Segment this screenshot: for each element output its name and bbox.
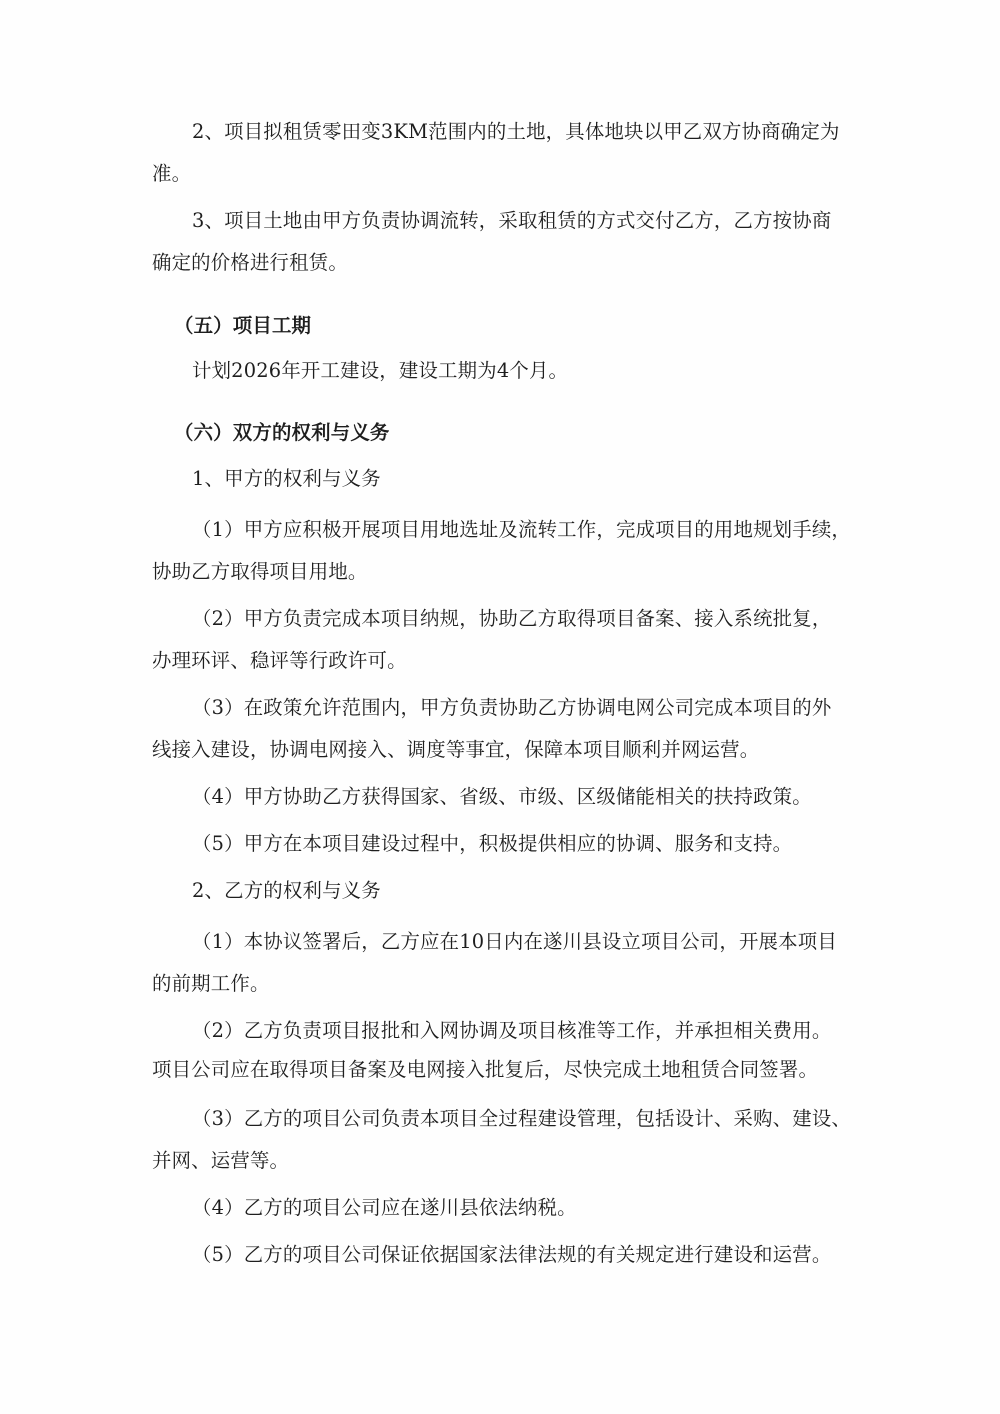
paragraph-line: 2、乙方的权利与义务 — [192, 879, 892, 903]
paragraph-line: （2）甲方负责完成本项目纳规，协助乙方取得项目备案、接入系统批复， — [192, 607, 892, 631]
paragraph-line: （1）甲方应积极开展项目用地选址及流转工作，完成项目的用地规划手续， — [192, 518, 892, 542]
paragraph-line: （3）乙方的项目公司负责本项目全过程建设管理，包括设计、采购、建设、 — [192, 1107, 892, 1131]
paragraph-line: 2、项目拟租赁零田变3KM范围内的土地，具体地块以甲乙双方协商确定为 — [192, 120, 892, 144]
paragraph-line: （2）乙方负责项目报批和入网协调及项目核准等工作，并承担相关费用。 — [192, 1019, 892, 1043]
paragraph-line: 1、甲方的权利与义务 — [192, 467, 892, 491]
paragraph-line: 确定的价格进行租赁。 — [152, 251, 852, 275]
paragraph-line: （4）甲方协助乙方获得国家、省级、市级、区级储能相关的扶持政策。 — [192, 785, 892, 809]
paragraph-line: 项目公司应在取得项目备案及电网接入批复后，尽快完成土地租赁合同签署。 — [152, 1058, 852, 1082]
paragraph-line: （5）甲方在本项目建设过程中，积极提供相应的协调、服务和支持。 — [192, 832, 892, 856]
paragraph-line: 计划2026年开工建设，建设工期为4个月。 — [192, 359, 892, 383]
paragraph-line: 的前期工作。 — [152, 972, 852, 996]
paragraph-line: （5）乙方的项目公司保证依据国家法律法规的有关规定进行建设和运营。 — [192, 1243, 892, 1267]
document-page: 2、项目拟租赁零田变3KM范围内的土地，具体地块以甲乙双方协商确定为准。3、项目… — [0, 0, 1000, 1414]
section-heading: （五）项目工期 — [174, 314, 874, 338]
paragraph-line: 准。 — [152, 162, 852, 186]
paragraph-line: 协助乙方取得项目用地。 — [152, 560, 852, 584]
section-heading: （六）双方的权利与义务 — [174, 421, 874, 445]
paragraph-line: （3）在政策允许范围内，甲方负责协助乙方协调电网公司完成本项目的外 — [192, 696, 892, 720]
paragraph-line: 3、项目土地由甲方负责协调流转，采取租赁的方式交付乙方，乙方按协商 — [192, 209, 892, 233]
paragraph-line: 并网、运营等。 — [152, 1149, 852, 1173]
paragraph-line: （1）本协议签署后，乙方应在10日内在遂川县设立项目公司，开展本项目 — [192, 930, 892, 954]
paragraph-line: （4）乙方的项目公司应在遂川县依法纳税。 — [192, 1196, 892, 1220]
paragraph-line: 线接入建设，协调电网接入、调度等事宜，保障本项目顺利并网运营。 — [152, 738, 852, 762]
paragraph-line: 办理环评、稳评等行政许可。 — [152, 649, 852, 673]
